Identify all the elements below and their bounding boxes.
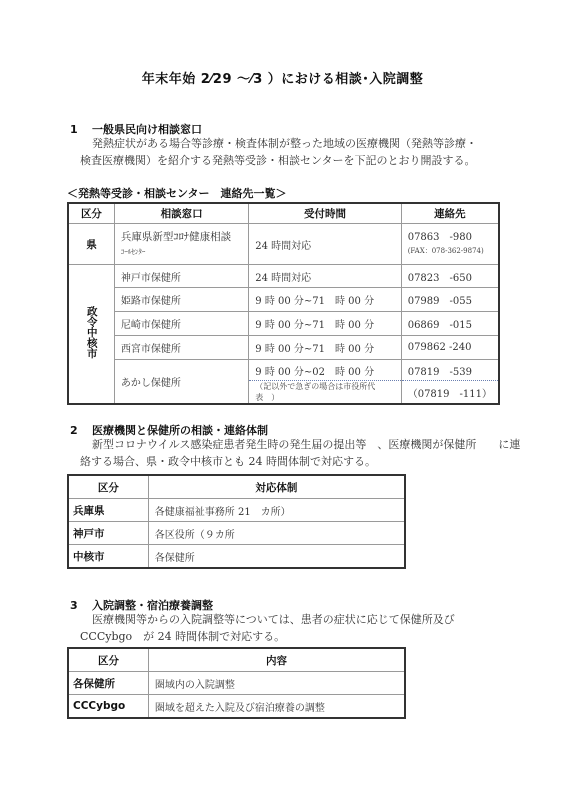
window-cell: 姫路市保健所 (114, 288, 248, 312)
consultation-center-table: 区分 相談窓口 受付時間 連絡先 県 兵庫県新型ｺﾛﾅ健康相談 ｺｰﾙｾﾝﾀｰ … (68, 203, 499, 404)
contact-cell: 07863 -980 (FAX：078-362-9874) (401, 224, 498, 265)
category-cell: 神戸市 (69, 522, 149, 545)
hospitalization-table: 区分 内容 各保健所 圏域内の入院調整 CCCybgo 圏域を超えた入院及び宿泊… (68, 648, 405, 718)
contact-cell: 079862 -240 (401, 336, 498, 360)
section-2-paragraph-line1: 新型コロナウイルス感染症患者発生時の発生届の提出等 、医療機関が保健所 に連 (92, 436, 520, 453)
hours-cell: 24 時間対応 (249, 265, 401, 288)
document-title: 年末年始 2⁄29 〜⁄3 ）における相談･入院調整 (0, 68, 565, 87)
section-1-number: 1 (70, 123, 92, 136)
hours-cell: 9 時 00 分~02 時 00 分 (249, 360, 401, 381)
table-row: 尼崎市保健所 9 時 00 分~71 時 00 分 06869 -015 (69, 312, 499, 336)
window-name: 兵庫県新型ｺﾛﾅ健康相談 (121, 230, 242, 245)
header-hours: 受付時間 (249, 204, 401, 224)
contact-cell: 06869 -015 (401, 312, 498, 336)
hours-cell: 24 時間対応 (249, 224, 401, 265)
header-system: 対応体制 (148, 476, 404, 499)
table-row: 姫路市保健所 9 時 00 分~71 時 00 分 07989 -055 (69, 288, 499, 312)
table-row: あかし保健所 9 時 00 分~02 時 00 分 07819 -539 (69, 360, 499, 381)
table-header-row: 区分 内容 (69, 649, 405, 672)
content-cell: 各健康福祉事務所 21 カ所） (148, 499, 404, 522)
section-3-number: 3 (70, 599, 92, 612)
phone-number: 07863 -980 (408, 230, 492, 245)
table-row: CCCybgo 圏域を超えた入院及び宿泊療養の調整 (69, 695, 405, 718)
category-cell: 中核市 (69, 545, 149, 568)
category-cities: 政令中核市 (69, 265, 115, 404)
window-name-sub: ｺｰﾙｾﾝﾀｰ (121, 245, 242, 259)
table-row: 兵庫県 各健康福祉事務所 21 カ所） (69, 499, 405, 522)
header-contact: 連絡先 (401, 204, 498, 224)
contact-sub: （07819 -111） (401, 381, 498, 404)
header-content: 内容 (148, 649, 404, 672)
category-prefecture: 県 (69, 224, 115, 265)
header-category: 区分 (69, 476, 149, 499)
category-cell: 兵庫県 (69, 499, 149, 522)
content-cell: 各保健所 (148, 545, 404, 568)
content-cell: 圏域を超えた入院及び宿泊療養の調整 (148, 695, 404, 718)
table-header-row: 区分 相談窓口 受付時間 連絡先 (69, 204, 499, 224)
window-cell: あかし保健所 (114, 360, 248, 404)
table-row: 政令中核市 神戸市保健所 24 時間対応 07823 -650 (69, 265, 499, 288)
fax-number: (FAX：078-362-9874) (408, 245, 492, 258)
content-cell: 各区役所（９カ所 (148, 522, 404, 545)
window-cell: 尼崎市保健所 (114, 312, 248, 336)
section-3-paragraph-line2: CCCybgo が 24 時間体制で対応する。 (80, 628, 285, 645)
section-2-paragraph-line2: 絡する場合、県・政令中核市とも 24 時間体制で対応する。 (80, 453, 376, 470)
hours-cell: 9 時 00 分~71 時 00 分 (249, 288, 401, 312)
hours-cell: 9 時 00 分~71 時 00 分 (249, 336, 401, 360)
section-3-paragraph-line1: 医療機関等からの入院調整等については、患者の症状に応じて保健所及び (92, 611, 455, 628)
header-category: 区分 (69, 204, 115, 224)
table-row: 各保健所 圏域内の入院調整 (69, 672, 405, 695)
table-row: 県 兵庫県新型ｺﾛﾅ健康相談 ｺｰﾙｾﾝﾀｰ 24 時間対応 07863 -98… (69, 224, 499, 265)
contact-cell: 07819 -539 (401, 360, 498, 381)
contact-cell: 07989 -055 (401, 288, 498, 312)
category-cell: CCCybgo (69, 695, 149, 718)
hours-cell: 9 時 00 分~71 時 00 分 (249, 312, 401, 336)
window-cell: 西宮市保健所 (114, 336, 248, 360)
header-category: 区分 (69, 649, 149, 672)
section-2-number: 2 (70, 424, 92, 437)
category-cities-label: 政令中核市 (86, 306, 97, 359)
table-row: 西宮市保健所 9 時 00 分~71 時 00 分 079862 -240 (69, 336, 499, 360)
table-header-row: 区分 対応体制 (69, 476, 405, 499)
header-window: 相談窓口 (114, 204, 248, 224)
hours-note: （記以外で急ぎの場合は市役所代表 ） (249, 381, 401, 404)
consultation-center-caption: ＜発熱等受診・相談センター 連絡先一覧＞ (67, 185, 287, 201)
table-row: 神戸市 各区役所（９カ所 (69, 522, 405, 545)
section-1-paragraph-line1: 発熱症状がある場合等診療・検査体制が整った地域の医療機関（発熱等診療・ (92, 135, 477, 152)
contact-system-table: 区分 対応体制 兵庫県 各健康福祉事務所 21 カ所） 神戸市 各区役所（９カ所… (68, 475, 405, 568)
category-cell: 各保健所 (69, 672, 149, 695)
table-row: 中核市 各保健所 (69, 545, 405, 568)
window-cell: 神戸市保健所 (114, 265, 248, 288)
section-1-paragraph-line2: 検査医療機関）を紹介する発熱等受診・相談センターを下記のとおり開設する。 (80, 152, 476, 169)
contact-cell: 07823 -650 (401, 265, 498, 288)
content-cell: 圏域内の入院調整 (148, 672, 404, 695)
window-cell: 兵庫県新型ｺﾛﾅ健康相談 ｺｰﾙｾﾝﾀｰ (114, 224, 248, 265)
